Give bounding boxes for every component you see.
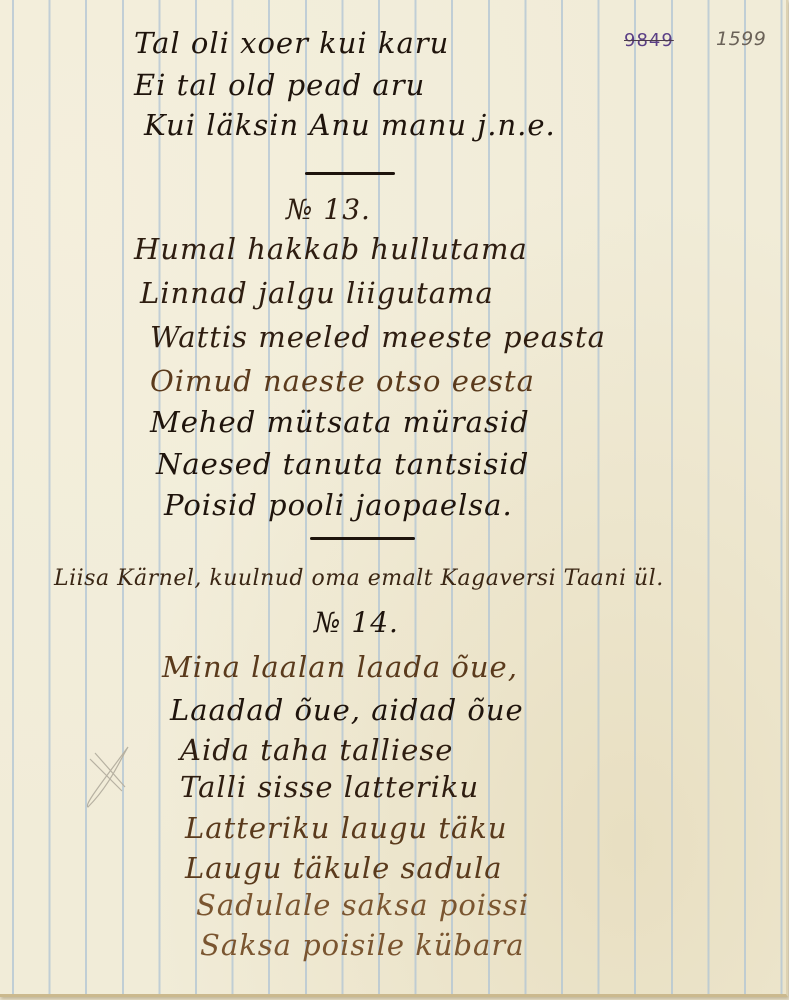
song-number: № 13. — [286, 193, 371, 226]
manuscript-page: 9849 1599 Tal oli xoer kui karu Ei tal o… — [0, 0, 788, 997]
informant-note: Liisa Kärnel, kuulnud oma emalt Kagavers… — [54, 566, 664, 591]
verse-line: Kui läksin Anu manu j.n.e. — [144, 108, 556, 142]
verse-line: Latteriku laugu täku — [185, 811, 508, 845]
verse-line: Ei tal old pead aru — [134, 68, 425, 102]
verse-line: Sadulale saksa poissi — [196, 888, 529, 922]
verse-line: Linnad jalgu liigutama — [140, 276, 494, 310]
verse-line: Talli sisse latteriku — [180, 770, 479, 804]
verse-line: Naesed tanuta tantsisid — [156, 447, 529, 481]
verse-line: Humal hakkab hullutama — [134, 232, 528, 266]
verse-line: Mehed mütsata mürasid — [150, 405, 530, 439]
verse-line: Laugu täkule sadula — [185, 851, 503, 885]
verse-line: Oimud naeste otso eesta — [150, 364, 535, 398]
verse-line: Tal oli xoer kui karu — [134, 26, 449, 60]
pencil-mark-icon — [80, 745, 140, 815]
verse-line: Saksa poisile kübara — [200, 928, 525, 962]
section-divider — [310, 537, 415, 540]
verse-line: Poisid pooli jaopaelsa. — [164, 488, 513, 522]
verse-line: Mina laalan laada õue, — [162, 650, 518, 684]
verse-line: Wattis meeled meeste peasta — [150, 320, 606, 354]
struck-catalog-number: 9849 — [624, 30, 674, 51]
section-divider — [305, 172, 395, 175]
verse-line: Laadad õue, aidad õue — [170, 693, 524, 727]
catalog-number: 1599 — [716, 28, 766, 50]
verse-line: Aida taha talliese — [180, 733, 453, 767]
song-number: № 14. — [314, 606, 399, 639]
